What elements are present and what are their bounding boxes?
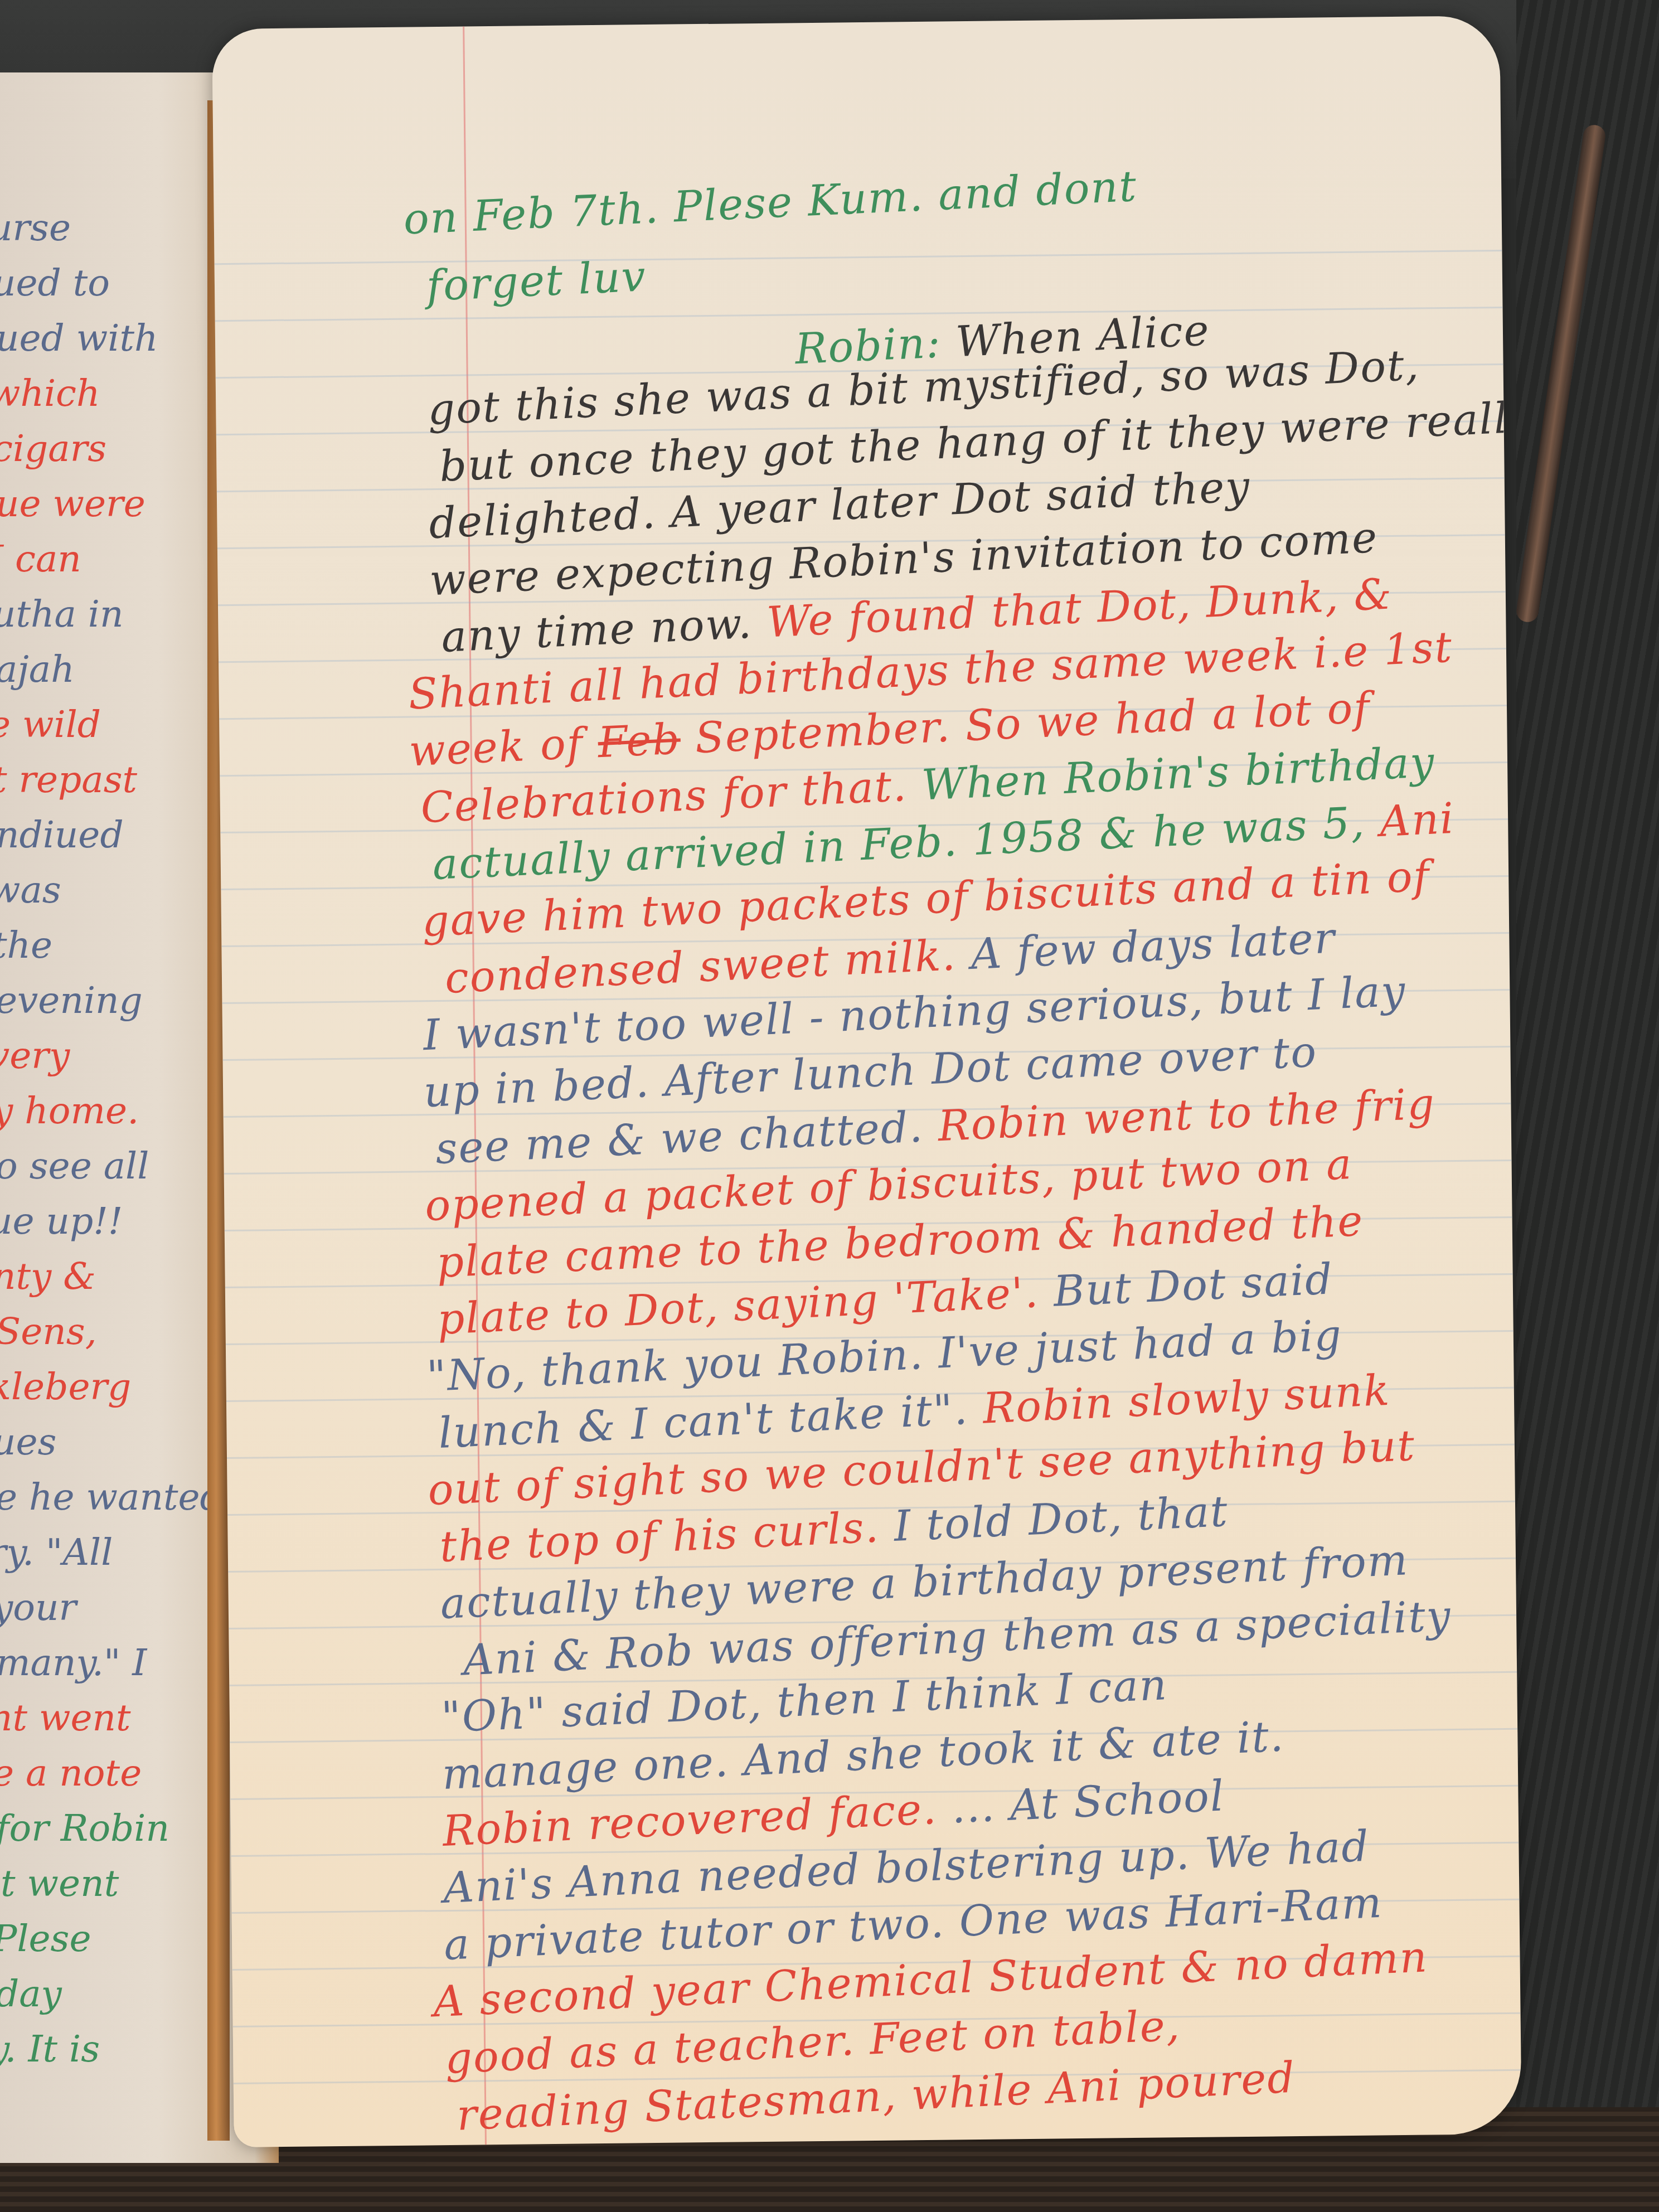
ink-segment: any time now. (440, 597, 768, 661)
left-page-line: for Robin (0, 1807, 169, 1850)
left-page-line: urse (0, 206, 71, 249)
left-page-line: ued to (0, 261, 110, 304)
left-page-line: evening (0, 979, 143, 1022)
left-page-line: e he wanted (0, 1476, 224, 1519)
left-page-line: day (0, 1972, 62, 2015)
left-page-line: your (0, 1586, 76, 1629)
left-page-line: kleberg (0, 1365, 131, 1408)
left-page-line: ues (0, 1420, 56, 1463)
left-page-line: it went (0, 1862, 119, 1905)
ink-segment: Ani (1379, 793, 1456, 846)
ink-segment: A few days later (969, 913, 1336, 979)
ink-segment: on Feb 7th. Plese Kum. and dont (402, 161, 1138, 244)
background-fabric-right (1516, 0, 1659, 2212)
ink-segment: I told Dot, that (892, 1486, 1229, 1551)
left-page-line: y home. (0, 1089, 139, 1132)
right-notebook-page: on Feb 7th. Plese Kum. and dontforget lu… (212, 16, 1522, 2147)
left-page-line: y. It is (0, 2027, 100, 2070)
ink-segment: Robin slowly sunk (982, 1365, 1391, 1433)
left-page-line: Sens, (0, 1310, 97, 1353)
left-page-line: ajah (0, 648, 75, 691)
left-page-line: which (0, 372, 100, 415)
left-page-line: ued with (0, 317, 158, 360)
left-page-line: e wild (0, 703, 101, 746)
ink-segment: But Dot said (1052, 1254, 1335, 1316)
left-page-line: ue were (0, 482, 145, 525)
left-page-line: t repast (0, 758, 137, 801)
handwritten-line: forget luv (425, 251, 647, 311)
left-page-line: I can (0, 537, 81, 580)
struck-text: Feb (597, 714, 682, 768)
ruled-line (215, 250, 1502, 265)
ruled-line (215, 307, 1503, 322)
ink-segment: forget luv (425, 251, 647, 311)
left-page-line: nt went (0, 1696, 131, 1739)
left-page-line: was (0, 869, 61, 911)
left-page-line: nty & (0, 1255, 96, 1298)
left-page-line: o see all (0, 1144, 149, 1187)
left-page-line: utha in (0, 593, 123, 636)
left-page-line: the (0, 924, 52, 967)
left-page-line: very (0, 1034, 70, 1077)
ink-segment: week of (408, 717, 599, 775)
left-page-line: ue up!! (0, 1200, 123, 1243)
left-page-line: Plese (0, 1917, 91, 1960)
left-page-line: e a note (0, 1752, 142, 1794)
left-page-line: many." I (0, 1641, 147, 1684)
left-page-line: ndiued (0, 813, 124, 856)
left-page-line: cigars (0, 427, 106, 470)
handwritten-line: on Feb 7th. Plese Kum. and dont (402, 161, 1138, 244)
left-page-line: ry. "All (0, 1531, 113, 1574)
ink-segment: ... At School (950, 1770, 1226, 1832)
